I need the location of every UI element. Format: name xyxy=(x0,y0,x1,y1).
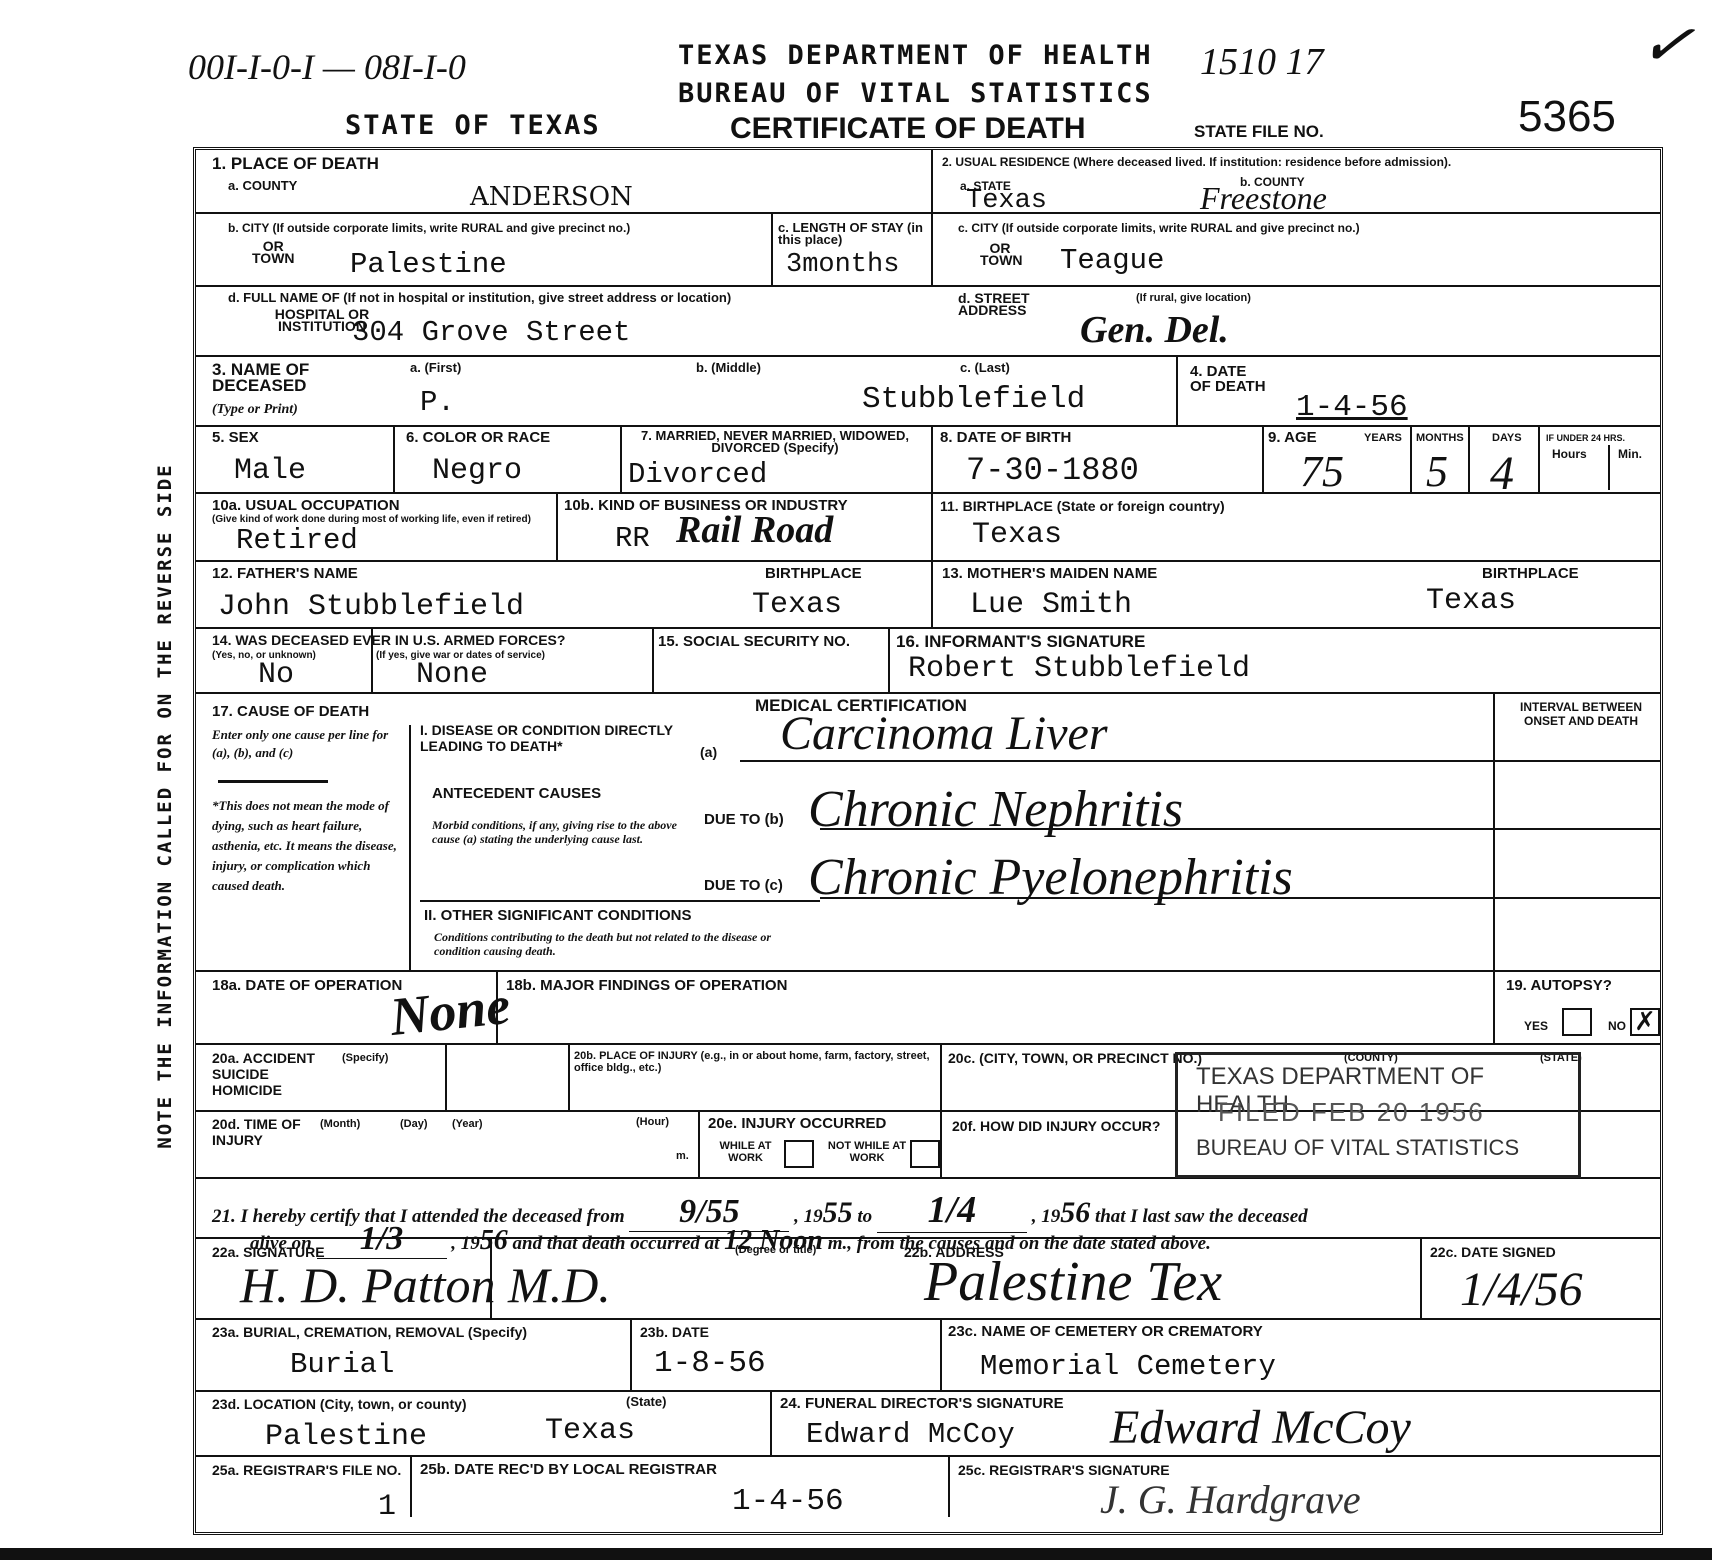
cause-instructions: Enter only one cause per line for (a), (… xyxy=(212,726,407,762)
state-file-number: 5365 xyxy=(1518,92,1616,142)
funeral-director-label: 24. FUNERAL DIRECTOR'S SIGNATURE xyxy=(780,1396,1064,1412)
rule xyxy=(196,425,1661,427)
length-of-stay-value: 3months xyxy=(786,250,899,280)
cause-footnote: *This does not mean the mode of dying, s… xyxy=(212,796,407,896)
alive-on-value: 1/3 xyxy=(317,1220,447,1259)
not-while-at-work-checkbox[interactable] xyxy=(910,1140,940,1168)
street-address-label: d. STREET ADDRESS xyxy=(958,292,1058,316)
age-months-label: MONTHS xyxy=(1416,432,1464,444)
length-of-stay-label: c. LENGTH OF STAY (in this place) xyxy=(778,222,928,246)
rule xyxy=(568,1045,570,1110)
first-name-value: P. xyxy=(420,386,455,419)
hospital-label: d. FULL NAME OF (If not in hospital or i… xyxy=(228,292,928,304)
death-county-value: ANDERSON xyxy=(470,182,633,212)
burial-state-label: (State) xyxy=(626,1396,666,1408)
age-years-label: YEARS xyxy=(1364,432,1402,444)
injury-city-label: 20c. (CITY, TOWN, OR PRECINCT NO.) xyxy=(948,1050,1202,1066)
divider xyxy=(218,780,328,783)
date-of-birth-value: 7-30-1880 xyxy=(966,452,1139,489)
date-signed-value: 1/4/56 xyxy=(1460,1262,1583,1317)
certify-text-occurred: and that death occurred at xyxy=(513,1233,720,1254)
rule xyxy=(1493,694,1495,1043)
dept-line-1: TEXAS DEPARTMENT OF HEALTH xyxy=(678,40,1153,71)
registrar-signature: J. G. Hardgrave xyxy=(1100,1476,1361,1523)
cause-c-label: DUE TO (c) xyxy=(704,878,783,894)
father-name-value: John Stubblefield xyxy=(218,590,524,624)
race-label: 6. COLOR OR RACE xyxy=(406,430,550,446)
street-address-value: Gen. Del. xyxy=(1080,308,1229,352)
part2-label: II. OTHER SIGNIFICANT CONDITIONS xyxy=(424,908,692,924)
armed-forces-label: 14. WAS DECEASED EVER IN U.S. ARMED FORC… xyxy=(212,632,565,648)
mother-birthplace-value: Texas xyxy=(1426,584,1516,618)
marital-status-value: Divorced xyxy=(628,458,767,491)
rule xyxy=(1538,427,1540,492)
residence-city-value: Teague xyxy=(1060,244,1164,277)
operation-handwritten: None xyxy=(387,974,513,1048)
cemetery-label: 23c. NAME OF CEMETERY OR CREMATORY xyxy=(948,1324,1263,1340)
rule xyxy=(770,1392,772,1455)
how-injury-label: 20f. HOW DID INJURY OCCUR? xyxy=(952,1118,1160,1134)
rule xyxy=(630,1320,632,1390)
handwritten-reference: 00I-I-0-I — 08I-I-0 xyxy=(188,46,466,88)
autopsy-no-label: NO xyxy=(1608,1020,1626,1032)
age-months-value: 5 xyxy=(1426,446,1448,497)
age-label: 9. AGE xyxy=(1268,430,1317,446)
autopsy-yes-checkbox[interactable] xyxy=(1562,1008,1592,1036)
check-mark-icon: ✓ xyxy=(1635,5,1698,86)
cause-b-value: Chronic Nephritis xyxy=(808,780,1183,839)
birthplace-label: 11. BIRTHPLACE (State or foreign country… xyxy=(940,498,1225,514)
rule xyxy=(196,560,1661,562)
dept-line-2: BUREAU OF VITAL STATISTICS xyxy=(678,78,1153,109)
date-of-death-value: 1-4-56 xyxy=(1296,390,1408,425)
deceased-name-sublabel: (Type or Print) xyxy=(212,402,298,418)
burial-location-label: 23d. LOCATION (City, town, or county) xyxy=(212,1396,467,1412)
hospital-value: 304 Grove Street xyxy=(352,316,630,349)
armed-service-value: None xyxy=(416,658,488,692)
place-of-injury-label: 20b. PLACE OF INJURY (e.g., in or about … xyxy=(574,1050,934,1074)
handwritten-code: 1510 17 xyxy=(1200,40,1324,84)
cause-c-value: Chronic Pyelonephritis xyxy=(808,848,1293,907)
birthplace-value: Texas xyxy=(972,518,1062,552)
age-hours-label: Hours xyxy=(1552,448,1587,460)
registrar-date-label: 25b. DATE REC'D BY LOCAL REGISTRAR xyxy=(420,1462,717,1478)
operation-date-label: 18a. DATE OF OPERATION xyxy=(212,978,402,994)
rule xyxy=(196,1455,1661,1457)
antecedent-causes-label: ANTECEDENT CAUSES xyxy=(432,786,601,802)
rule xyxy=(931,427,933,627)
race-value: Negro xyxy=(432,454,522,488)
degree-label: (Degree or title) xyxy=(735,1244,816,1256)
rule xyxy=(931,150,933,287)
armed-forces-value: No xyxy=(258,658,294,692)
burial-method-value: Burial xyxy=(290,1348,394,1381)
stamp-line-3: BUREAU OF VITAL STATISTICS xyxy=(1196,1135,1519,1161)
rule xyxy=(888,629,890,692)
injury-year-label: (Year) xyxy=(452,1118,483,1130)
residence-city-label: c. CITY (If outside corporate limits, wr… xyxy=(958,222,1658,234)
last-name-value: Stubblefield xyxy=(862,382,1085,417)
burial-location-value: Palestine xyxy=(265,1420,427,1454)
interval-label: INTERVAL BETWEEN ONSET AND DEATH xyxy=(1506,700,1656,728)
certify-text-19: , 19 xyxy=(451,1233,480,1254)
father-birthplace-value: Texas xyxy=(752,588,842,622)
rule xyxy=(1468,427,1470,492)
physician-address: Palestine Tex xyxy=(924,1250,1222,1314)
funeral-director-signature: Edward McCoy xyxy=(1110,1400,1411,1455)
father-birthplace-label: BIRTHPLACE xyxy=(765,566,862,582)
rule xyxy=(1410,427,1412,492)
time-of-injury-label: 20d. TIME OF INJURY xyxy=(212,1116,302,1148)
burial-date-value: 1-8-56 xyxy=(654,1346,766,1381)
date-of-death-label: 4. DATE OF DEATH xyxy=(1190,364,1270,394)
received-stamp: TEXAS DEPARTMENT OF HEALTH FILED FEB 20 … xyxy=(1175,1052,1581,1178)
city-or-town-label: OR TOWN xyxy=(252,240,295,264)
document-title: CERTIFICATE OF DEATH xyxy=(730,112,1086,146)
not-while-at-work-label: NOT WHILE AT WORK xyxy=(822,1140,912,1164)
scan-edge xyxy=(0,1548,1712,1560)
industry-value: RR xyxy=(615,522,650,555)
part2-note: Conditions contributing to the death but… xyxy=(434,930,814,958)
injury-occurred-label: 20e. INJURY OCCURRED xyxy=(708,1116,886,1132)
burial-state-value: Texas xyxy=(545,1414,635,1448)
residence-county-value: Freestone xyxy=(1200,180,1327,217)
rule xyxy=(698,1112,700,1177)
burial-date-label: 23b. DATE xyxy=(640,1324,709,1340)
registrar-file-value: 1 xyxy=(378,1490,396,1524)
street-hint: (If rural, give location) xyxy=(1136,292,1251,304)
rule xyxy=(1176,357,1178,425)
cause-a-label: (a) xyxy=(700,746,717,758)
rule xyxy=(196,1318,1661,1320)
first-name-label: a. (First) xyxy=(410,362,461,374)
middle-name-label: b. (Middle) xyxy=(696,362,761,374)
father-name-label: 12. FATHER'S NAME xyxy=(212,566,358,582)
rule xyxy=(420,900,820,902)
age-years-value: 75 xyxy=(1300,446,1344,497)
sex-value: Male xyxy=(234,454,306,488)
while-at-work-checkbox[interactable] xyxy=(784,1140,814,1168)
rule xyxy=(1262,427,1264,492)
physician-signature: H. D. Patton M.D. xyxy=(240,1256,611,1314)
occupation-value: Retired xyxy=(236,524,358,557)
rule xyxy=(196,1390,1661,1392)
county-label: a. COUNTY xyxy=(228,180,297,192)
rule xyxy=(196,285,1661,287)
reverse-side-note: NOTE THE INFORMATION CALLED FOR ON THE R… xyxy=(154,426,176,1186)
injury-hour-label: (Hour) xyxy=(636,1116,669,1128)
injury-day-label: (Day) xyxy=(400,1118,428,1130)
cemetery-value: Memorial Cemetery xyxy=(980,1350,1276,1383)
residence-state-value: Texas xyxy=(966,186,1047,216)
funeral-director-value: Edward McCoy xyxy=(806,1418,1015,1451)
informant-label: 16. INFORMANT'S SIGNATURE xyxy=(896,634,1145,650)
rule xyxy=(940,1320,942,1390)
age-days-label: DAYS xyxy=(1492,432,1522,444)
rule xyxy=(196,692,1661,694)
while-at-work-label: WHILE AT WORK xyxy=(708,1140,783,1164)
rule xyxy=(948,1457,950,1517)
date-of-birth-label: 8. DATE OF BIRTH xyxy=(940,430,1071,446)
registrar-file-label: 25a. REGISTRAR'S FILE NO. xyxy=(212,1462,401,1478)
rule xyxy=(410,1457,412,1517)
autopsy-label: 19. AUTOPSY? xyxy=(1506,978,1612,994)
stamp-line-2: FILED FEB 20 1956 xyxy=(1218,1097,1485,1128)
deceased-name-label: 3. NAME OF DECEASED xyxy=(212,362,362,394)
rule xyxy=(940,1045,942,1177)
rule xyxy=(445,1045,447,1110)
industry-handwritten: Rail Road xyxy=(676,508,833,552)
rule xyxy=(196,355,1661,357)
place-of-death-label: 1. PLACE OF DEATH xyxy=(212,156,379,172)
mother-name-value: Lue Smith xyxy=(970,588,1132,622)
accident-specify-label: (Specify) xyxy=(342,1052,388,1064)
state-file-label: STATE FILE NO. xyxy=(1194,124,1324,140)
burial-method-label: 23a. BURIAL, CREMATION, REMOVAL (Specify… xyxy=(212,1324,527,1340)
cause-b-label: DUE TO (b) xyxy=(704,812,784,828)
operation-findings-label: 18b. MAJOR FINDINGS OF OPERATION xyxy=(506,978,787,994)
rule xyxy=(196,212,931,214)
injury-m-label: m. xyxy=(676,1150,689,1162)
autopsy-no-checkbox[interactable]: ✗ xyxy=(1630,1008,1660,1036)
rule xyxy=(1420,1239,1422,1318)
marital-status-label: 7. MARRIED, NEVER MARRIED, WIDOWED, DIVO… xyxy=(630,430,920,454)
residence-city-or-town: OR TOWN xyxy=(980,242,1020,266)
accident-label: 20a. ACCIDENT SUICIDE HOMICIDE xyxy=(212,1050,322,1098)
informant-value: Robert Stubblefield xyxy=(908,652,1250,686)
age-min-label: Min. xyxy=(1618,448,1642,460)
autopsy-yes-label: YES xyxy=(1524,1020,1548,1032)
rule xyxy=(652,629,654,692)
alive-on-year: 56 xyxy=(480,1225,508,1256)
injury-month-label: (Month) xyxy=(320,1118,360,1130)
sex-label: 5. SEX xyxy=(212,430,259,446)
rule xyxy=(1608,445,1610,490)
age-days-value: 4 xyxy=(1490,446,1514,501)
mother-name-label: 13. MOTHER'S MAIDEN NAME xyxy=(942,566,1157,582)
rule xyxy=(393,427,395,492)
rule xyxy=(620,427,622,492)
rule xyxy=(409,725,411,970)
city-label: b. CITY (If outside corporate limits, wr… xyxy=(228,222,758,234)
part1-label: I. DISEASE OR CONDITION DIRECTLY LEADING… xyxy=(420,722,720,754)
antecedent-note: Morbid conditions, if any, giving rise t… xyxy=(432,818,702,846)
mother-birthplace-label: BIRTHPLACE xyxy=(1482,566,1579,582)
state-title: STATE OF TEXAS xyxy=(345,110,601,141)
age-under-label: IF UNDER 24 HRS. xyxy=(1546,432,1625,444)
last-name-label: c. (Last) xyxy=(960,362,1010,374)
usual-residence-label: 2. USUAL RESIDENCE (Where deceased lived… xyxy=(942,154,1642,170)
date-signed-label: 22c. DATE SIGNED xyxy=(1430,1244,1556,1260)
death-city-value: Palestine xyxy=(350,248,507,281)
rule xyxy=(196,627,1661,629)
registrar-date-value: 1-4-56 xyxy=(732,1484,844,1519)
cause-of-death-label: 17. CAUSE OF DEATH xyxy=(212,704,369,720)
rule xyxy=(196,970,1661,972)
cause-a-value: Carcinoma Liver xyxy=(780,706,1108,761)
rule xyxy=(771,214,773,285)
ssn-label: 15. SOCIAL SECURITY NO. xyxy=(658,634,850,650)
